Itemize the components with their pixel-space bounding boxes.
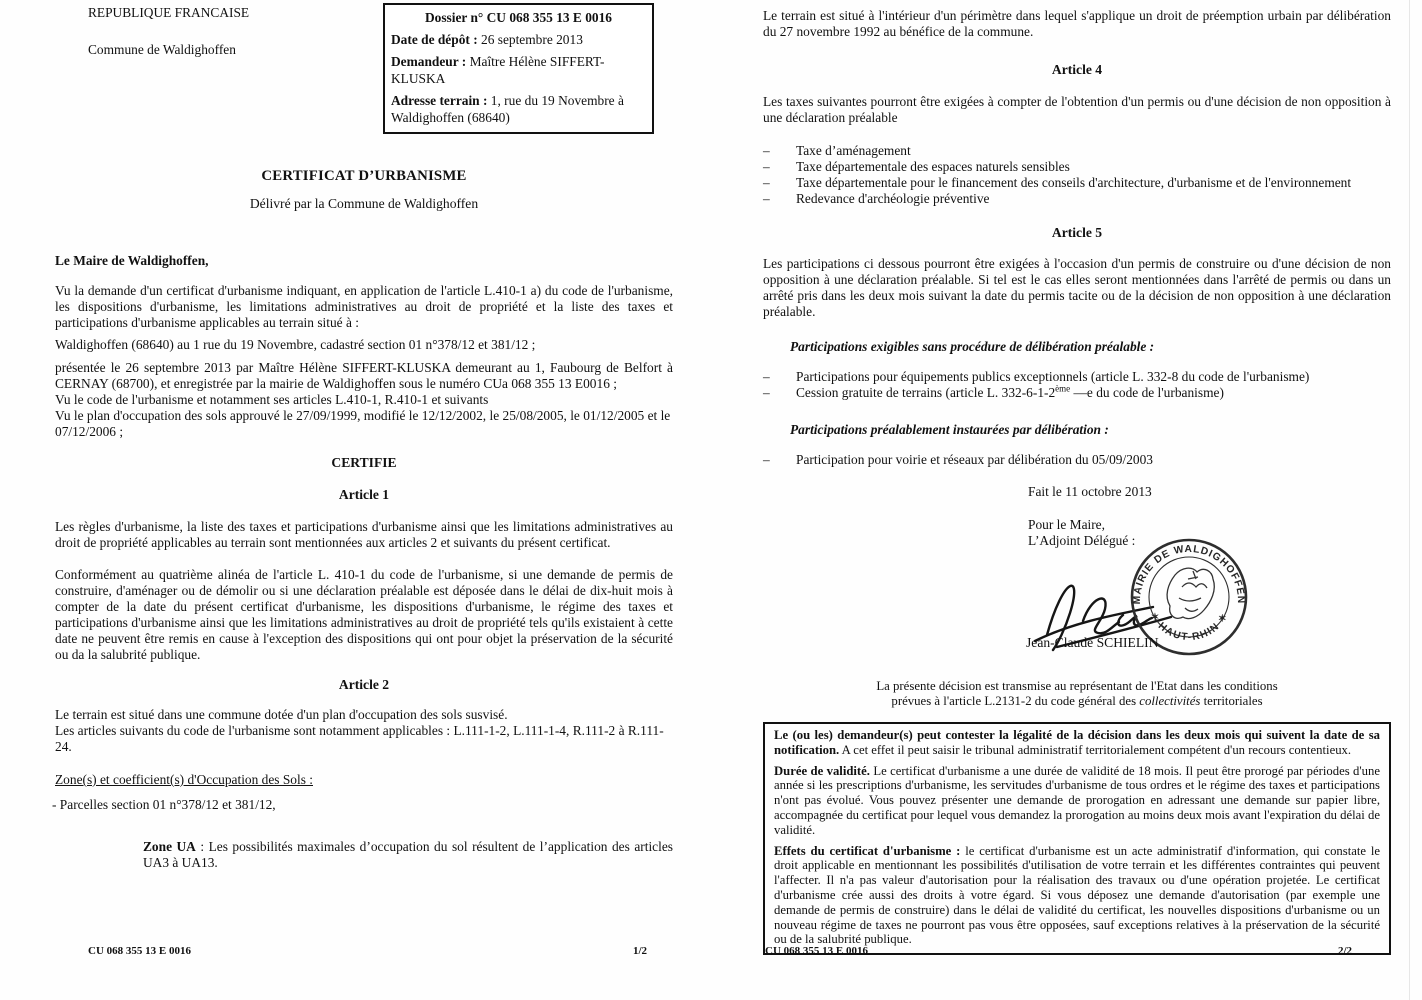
paragraph-preemption: Le terrain est situé à l'intérieur d'un … bbox=[763, 0, 1391, 40]
transmission-line2-italic: collectivités bbox=[1139, 694, 1200, 708]
salutation: Le Maire de Waldighoffen, bbox=[55, 253, 673, 269]
dash-bullet: – bbox=[763, 175, 796, 191]
participation-list-item: –Cession gratuite de terrains (article L… bbox=[763, 385, 1391, 401]
cession-pre: Cession gratuite de terrains (article L.… bbox=[796, 385, 1055, 400]
dash-bullet: – bbox=[763, 369, 796, 385]
fait-le-line: Fait le 11 octobre 2013 bbox=[763, 484, 1391, 500]
article5-heading: Article 5 bbox=[763, 225, 1391, 241]
article5-intro: Les participations ci dessous pourront ê… bbox=[763, 256, 1391, 320]
demandeur-row: Demandeur : Maître Hélène SIFFERT-KLUSKA bbox=[391, 53, 646, 87]
scanned-document: REPUBLIQUE FRANCAISE Commune de Waldigho… bbox=[0, 0, 1422, 1000]
stamp-arc-bottom-text: ✶ HAUT-RHIN ✶ bbox=[1147, 611, 1231, 643]
dash-bullet: – bbox=[763, 191, 796, 207]
tax-item-label: Redevance d'archéologie préventive bbox=[796, 191, 1391, 207]
notice-effets-bold: Effets du certificat d'urbanisme : bbox=[774, 844, 960, 858]
page2-footer-reference: CU 068 355 13 E 0016 bbox=[765, 945, 868, 957]
date-depot-row: Date de dépôt : 26 septembre 2013 bbox=[391, 31, 646, 48]
date-depot-label: Date de dépôt : bbox=[391, 32, 478, 47]
dash-bullet: – bbox=[763, 385, 796, 401]
adjoint-delegue-line: L’Adjoint Délégué : bbox=[763, 533, 1391, 549]
notice-duree-bold: Durée de validité. bbox=[774, 764, 870, 778]
article2-paragraph2: Les articles suivants du code de l'urban… bbox=[55, 723, 673, 755]
paragraph-vu-code: Vu le code de l'urbanisme et notamment s… bbox=[55, 392, 673, 408]
zones-heading-text: Zone(s) et coefficient(s) d'Occupation d… bbox=[55, 772, 313, 787]
article2-heading: Article 2 bbox=[55, 677, 673, 693]
document-subtitle: Délivré par la Commune de Waldighoffen bbox=[55, 196, 673, 212]
notice-effets-paragraph: Effets du certificat d'urbanisme : le ce… bbox=[774, 844, 1380, 948]
certifie-heading: CERTIFIE bbox=[55, 455, 673, 471]
participations-exigibles-heading: Participations exigibles sans procédure … bbox=[763, 339, 1391, 355]
dash-bullet: – bbox=[763, 143, 796, 159]
tax-item-label: Taxe départementale des espaces naturels… bbox=[796, 159, 1391, 175]
page1-header: REPUBLIQUE FRANCAISE Commune de Waldigho… bbox=[55, 0, 673, 125]
notice-duree-paragraph: Durée de validité. Le certificat d'urban… bbox=[774, 764, 1380, 838]
zone-ua-text: : Les possibilités maximales d’occupatio… bbox=[143, 839, 673, 870]
signatory-name: Jean-Claude SCHIELIN bbox=[1026, 635, 1159, 651]
dossier-number: Dossier n° CU 068 355 13 E 0016 bbox=[391, 9, 646, 26]
page2-page-number: 2/2 bbox=[1338, 945, 1352, 957]
cession-superscript: ème bbox=[1055, 384, 1070, 394]
zone-ua-label: Zone UA bbox=[143, 839, 196, 854]
demandeur-label: Demandeur : bbox=[391, 54, 466, 69]
article4-intro: Les taxes suivantes pourront être exigée… bbox=[763, 94, 1391, 126]
article1-paragraph2: Conformément au quatrième alinéa de l'ar… bbox=[55, 567, 673, 663]
participations-exigibles-list: –Participations pour équipements publics… bbox=[763, 369, 1391, 401]
notice-effets-rest: le certificat d'urbanisme est un acte ad… bbox=[774, 844, 1380, 947]
tax-item-label: Taxe d’aménagement bbox=[796, 143, 1391, 159]
paragraph-terrain: Waldighoffen (68640) au 1 rue du 19 Nove… bbox=[55, 337, 673, 353]
dash-bullet: – bbox=[763, 452, 796, 468]
parcelles-line: - Parcelles section 01 n°378/12 et 381/1… bbox=[52, 797, 673, 813]
scan-edge-line bbox=[1409, 0, 1410, 1000]
article4-tax-list: –Taxe d’aménagement –Taxe départementale… bbox=[763, 143, 1391, 207]
pour-le-maire-line: Pour le Maire, bbox=[763, 517, 1391, 533]
document-title: CERTIFICAT D’URBANISME bbox=[55, 168, 673, 185]
tax-item-label: Taxe départementale pour le financement … bbox=[796, 175, 1391, 191]
participation-item-label: Participation pour voirie et réseaux par… bbox=[796, 452, 1391, 468]
transmission-note: La présente décision est transmise au re… bbox=[763, 679, 1391, 709]
zones-heading: Zone(s) et coefficient(s) d'Occupation d… bbox=[55, 772, 673, 788]
adresse-terrain-row: Adresse terrain : 1, rue du 19 Novembre … bbox=[391, 92, 646, 126]
stamp-crest-emblem bbox=[1167, 568, 1214, 618]
transmission-line1: La présente décision est transmise au re… bbox=[876, 679, 1277, 693]
cession-post: —e du code de l'urbanisme) bbox=[1070, 385, 1224, 400]
notice-contestation-paragraph: Le (ou les) demandeur(s) peut contester … bbox=[774, 728, 1380, 758]
paragraph-presentee: présentée le 26 septembre 2013 par Maîtr… bbox=[55, 360, 673, 392]
page1-page-number: 1/2 bbox=[633, 945, 647, 957]
legal-notice-box: Le (ou les) demandeur(s) peut contester … bbox=[763, 722, 1391, 955]
transmission-line2-pre: prévues à l'article L.2131-2 du code gén… bbox=[891, 694, 1139, 708]
date-depot-value: 26 septembre 2013 bbox=[478, 32, 583, 47]
dossier-info-box: Dossier n° CU 068 355 13 E 0016 Date de … bbox=[383, 3, 654, 134]
zone-ua-paragraph: Zone UA : Les possibilités maximales d’o… bbox=[55, 839, 673, 871]
document-page-1: REPUBLIQUE FRANCAISE Commune de Waldigho… bbox=[55, 0, 673, 1000]
dash-bullet: – bbox=[763, 159, 796, 175]
paragraph-vu-plan: Vu le plan d'occupation des sols approuv… bbox=[55, 408, 673, 440]
paragraph-vu-demande: Vu la demande d'un certificat d'urbanism… bbox=[55, 283, 673, 331]
adresse-terrain-label: Adresse terrain : bbox=[391, 93, 487, 108]
article1-paragraph1: Les règles d'urbanisme, la liste des tax… bbox=[55, 519, 673, 551]
tax-list-item: –Taxe départementale pour le financement… bbox=[763, 175, 1391, 191]
participation-item-label: Cession gratuite de terrains (article L.… bbox=[796, 385, 1391, 401]
document-page-2: Le terrain est situé à l'intérieur d'un … bbox=[763, 0, 1391, 1000]
article1-heading: Article 1 bbox=[55, 487, 673, 503]
signature-area: MAIRIE DE WALDIGHOFFEN ✶ HAUT-RHIN ✶ Jea… bbox=[763, 549, 1391, 655]
participation-list-item: –Participations pour équipements publics… bbox=[763, 369, 1391, 385]
participation-list-item: –Participation pour voirie et réseaux pa… bbox=[763, 452, 1391, 468]
notice-contestation-rest: A cet effet il peut saisir le tribunal a… bbox=[839, 743, 1351, 757]
tax-list-item: –Taxe départementale des espaces naturel… bbox=[763, 159, 1391, 175]
participation-item-label: Participations pour équipements publics … bbox=[796, 369, 1391, 385]
article2-paragraph1: Le terrain est situé dans une commune do… bbox=[55, 707, 673, 723]
transmission-line2-post: territoriales bbox=[1200, 694, 1262, 708]
tax-list-item: –Taxe d’aménagement bbox=[763, 143, 1391, 159]
participations-instaurees-heading: Participations préalablement instaurées … bbox=[763, 422, 1391, 438]
article4-heading: Article 4 bbox=[763, 62, 1391, 78]
page1-footer-reference: CU 068 355 13 E 0016 bbox=[88, 945, 191, 957]
tax-list-item: –Redevance d'archéologie préventive bbox=[763, 191, 1391, 207]
svg-text:✶ HAUT-RHIN ✶: ✶ HAUT-RHIN ✶ bbox=[1147, 611, 1231, 643]
